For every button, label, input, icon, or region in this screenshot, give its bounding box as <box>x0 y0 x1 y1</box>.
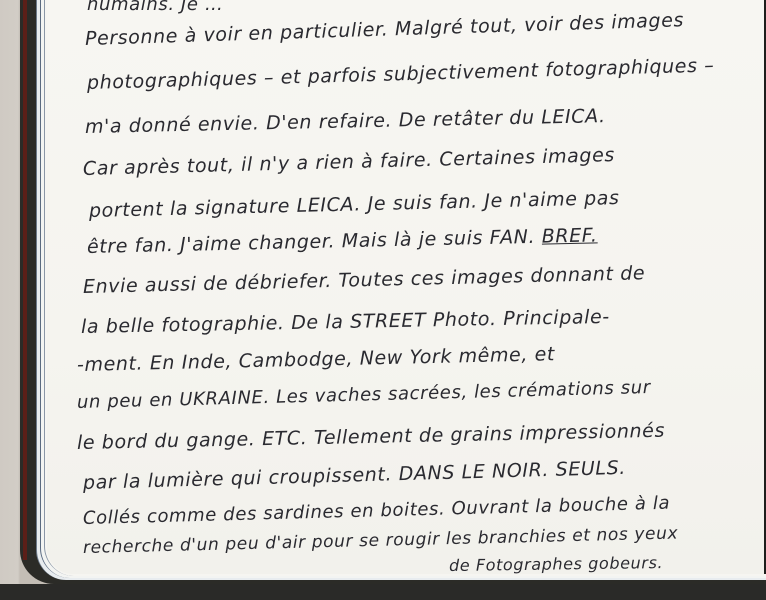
notebook-page: humains. Je … Personne à voir en particu… <box>47 0 766 574</box>
text-line: photographiques – et parfois subjectivem… <box>87 54 715 94</box>
text-line: la belle fotographie. De la STREET Photo… <box>81 306 610 338</box>
text-line: recherche d'un peu d'air pour se rougir … <box>83 523 679 558</box>
text-line: par la lumière qui croupissent. DANS LE … <box>83 457 626 494</box>
underlined-word: BREF. <box>542 224 598 247</box>
text-line: Collés comme des sardines en boites. Ouv… <box>83 493 671 529</box>
text-line: Envie aussi de débriefer. Toutes ces ima… <box>83 262 646 298</box>
text-line: un peu en UKRAINE. Les vaches sacrées, l… <box>77 377 651 413</box>
text-line: -ment. En Inde, Cambodge, New York même,… <box>77 343 555 376</box>
scanner-bottom-edge <box>0 584 766 600</box>
text-line: de Fotographes gobeurs. <box>449 553 663 575</box>
text-line: m'a donné envie. D'en refaire. De retâte… <box>85 105 606 138</box>
notebook-cover-edge <box>23 0 27 560</box>
text-line: le bord du gange. ETC. Tellement de grai… <box>77 420 665 454</box>
handwritten-text: humains. Je … Personne à voir en particu… <box>47 0 764 574</box>
text-line: humains. Je … <box>87 0 224 15</box>
text-line: portent la signature LEICA. Je suis fan.… <box>89 187 620 222</box>
text-line-main: être fan. J'aime changer. Mais là je sui… <box>87 226 536 258</box>
text-line: Personne à voir en particulier. Malgré t… <box>85 9 685 50</box>
text-line: être fan. J'aime changer. Mais là je sui… <box>87 224 598 258</box>
text-line: Car après tout, il n'y a rien à faire. C… <box>83 144 615 180</box>
